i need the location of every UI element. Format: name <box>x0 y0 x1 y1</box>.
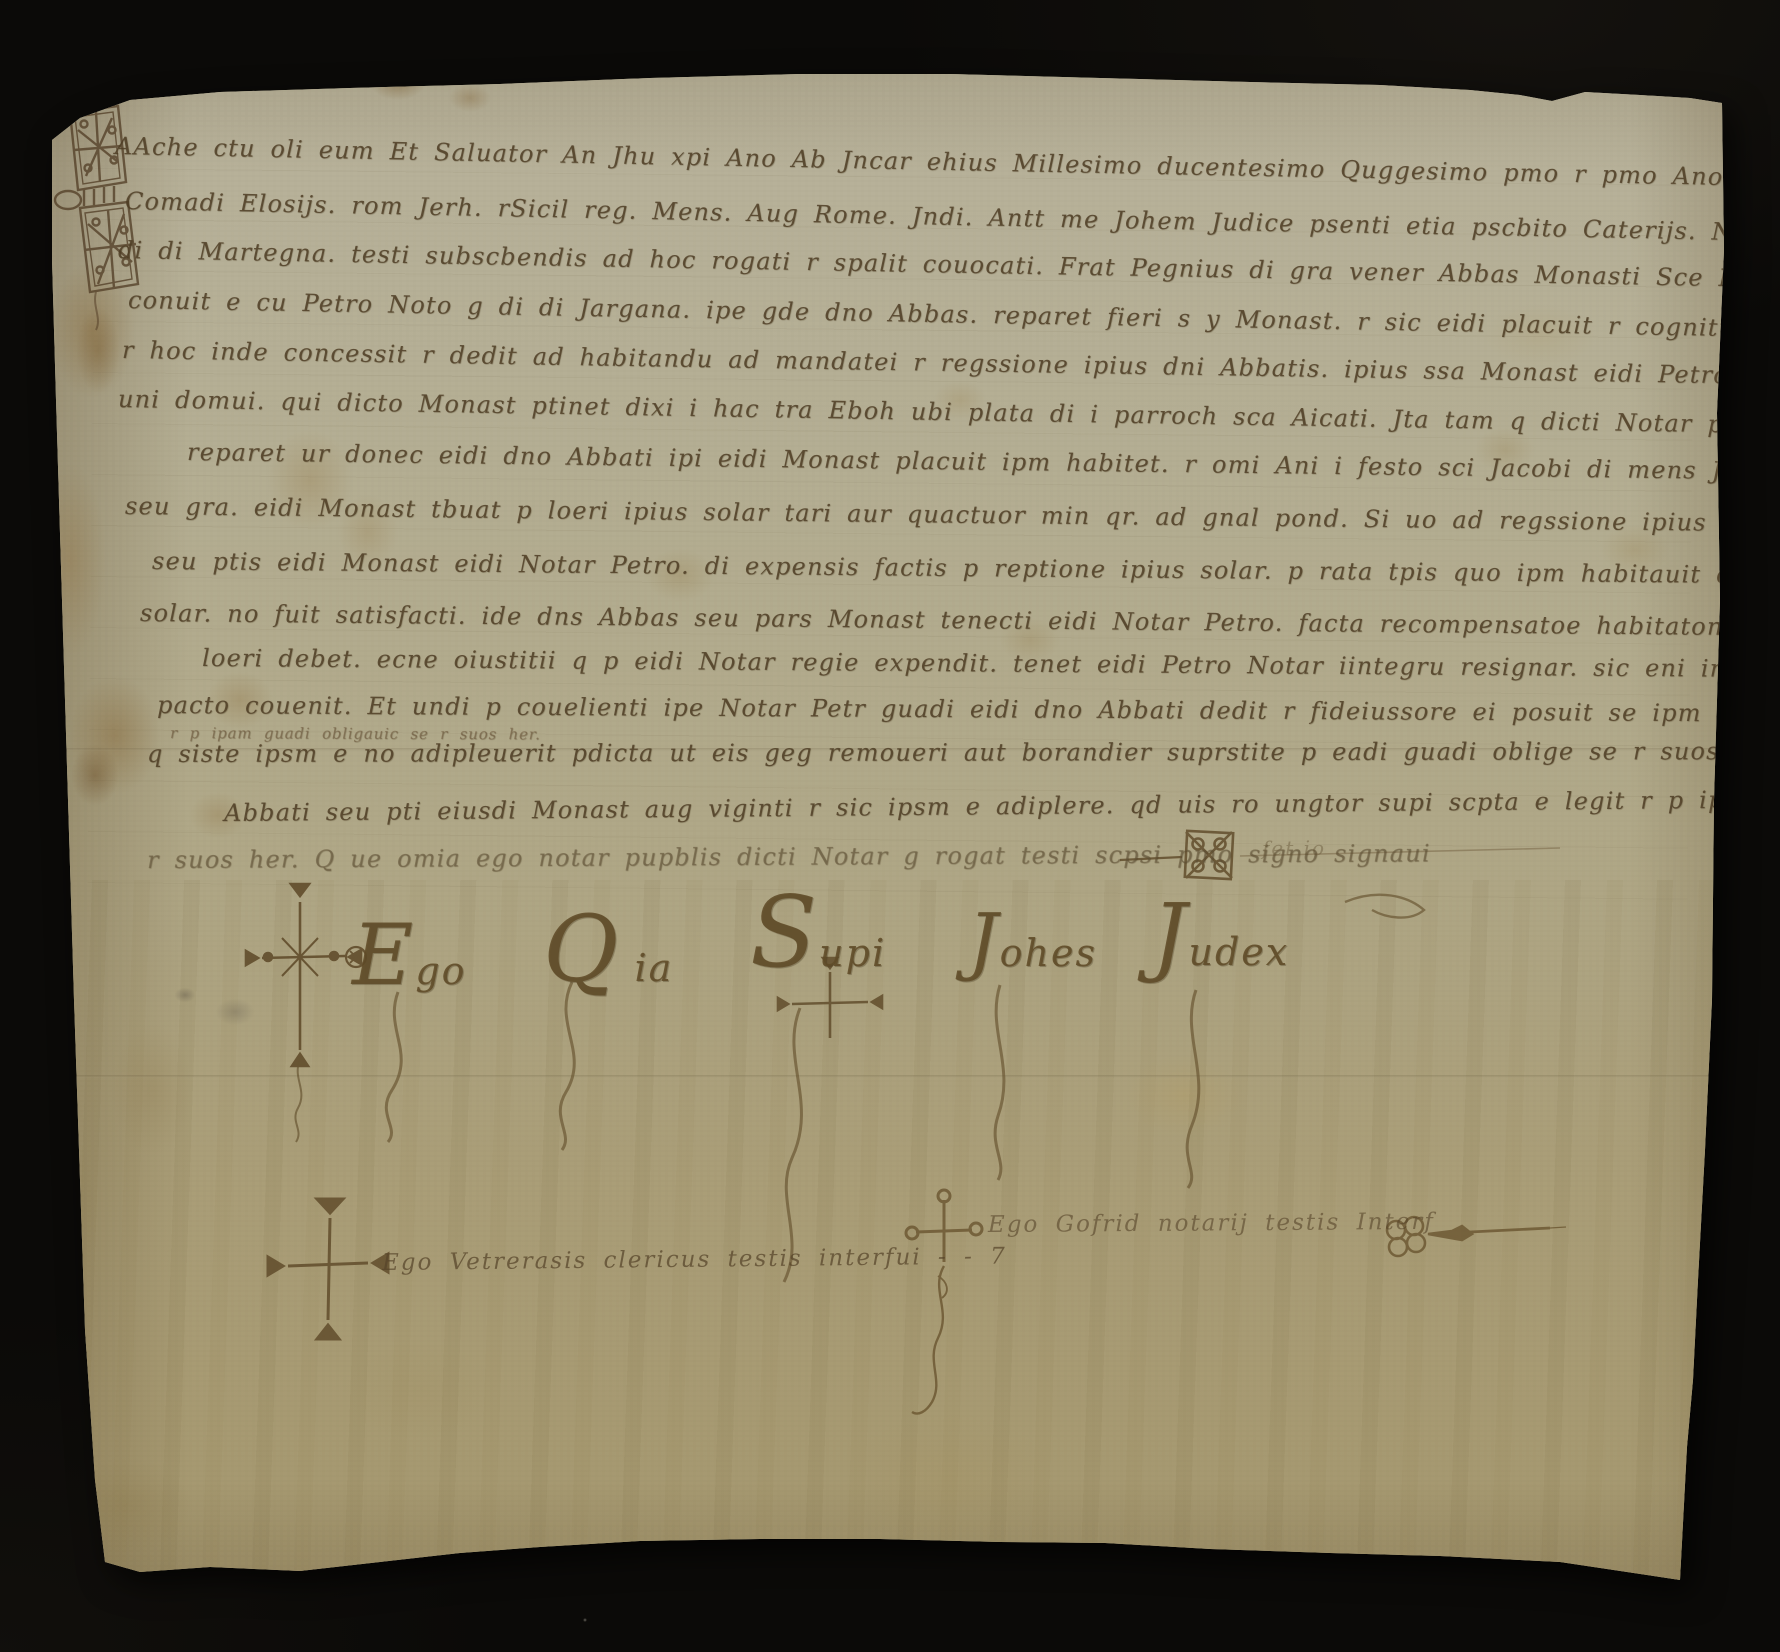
signature-word-qia: Q ia <box>543 896 673 1003</box>
photograph-backdrop: AAche ctu oli eum Et Saluator An Jhu xpi… <box>0 0 1780 1652</box>
charter-line: seu ptis eidi Monast eidi Notar Petro. d… <box>152 547 1780 591</box>
charter-line: r suos her. Q ue omia ego notar pupblis … <box>147 839 1431 874</box>
charter-line: reparet ur donec eidi dno Abbati ipi eid… <box>187 438 1780 488</box>
charter-line: Abbati seu pti eiusdi Monast aug viginti… <box>224 783 1780 827</box>
witness-signature-text: Ego Vetrerasis clericus testis interfui … <box>382 1243 1007 1276</box>
charter-line: r hoc inde concessit r dedit ad habitand… <box>122 336 1780 394</box>
charter-line: seu gra. eidi Monast tbuat p loeri ipius… <box>125 492 1780 538</box>
signature-word-supi: Supi <box>750 876 886 990</box>
charter-line: conuit e cu Petro Noto g di di Jargana. … <box>128 286 1780 348</box>
charter-text-block: AAche ctu oli eum Et Saluator An Jhu xpi… <box>0 0 1780 1652</box>
signature-word-judex: Judex <box>1152 886 1289 986</box>
charter-line: uni domui. qui dicto Monast ptinet dixi … <box>118 385 1780 442</box>
signature-word-johes: Johes <box>968 898 1097 984</box>
charter-line: di di Martegna. testi subscbendis ad hoc… <box>118 236 1780 297</box>
parchment-charter: AAche ctu oli eum Et Saluator An Jhu xpi… <box>0 0 1780 1652</box>
signature-word-ego: Ego <box>352 906 467 1004</box>
charter-line: solar. no fuit satisfacti. ide dns Abbas… <box>140 599 1780 643</box>
notary-signature-text: Ego Gofrid notarij testis Interf <box>988 1209 1435 1238</box>
charter-line: AAche ctu oli eum Et Saluator An Jhu xpi… <box>115 132 1780 194</box>
charter-line: q siste ipsm e no adipleuerit pdicta ut … <box>147 737 1780 768</box>
charter-line: loeri debet. ecne oiustitii q p eidi Not… <box>202 644 1780 684</box>
parchment-wrapper: AAche ctu oli eum Et Saluator An Jhu xpi… <box>0 0 1780 1652</box>
line15-trailing-text: fet io <box>1262 836 1326 860</box>
